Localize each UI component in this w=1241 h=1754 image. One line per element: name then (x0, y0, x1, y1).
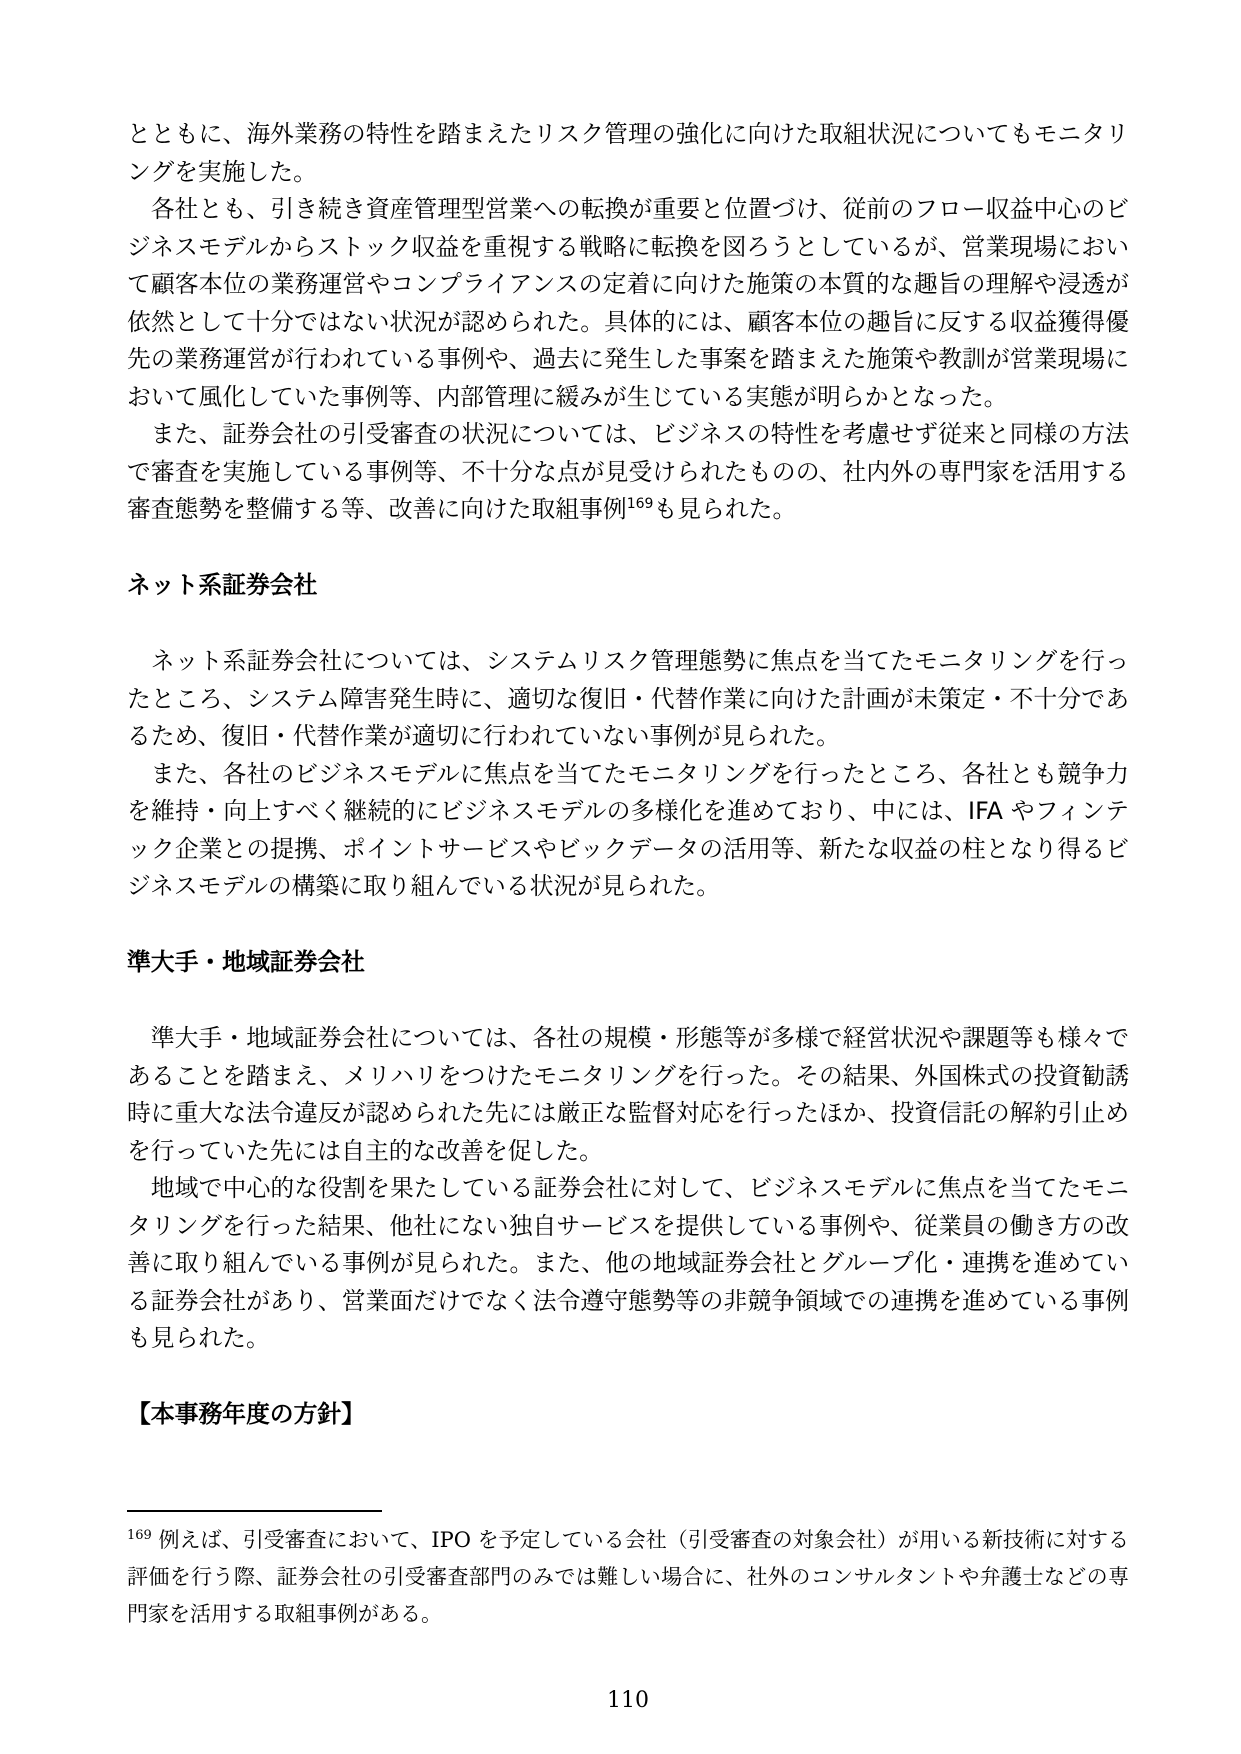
paragraph-underwriting-review: また、証券会社の引受審査の状況については、ビジネスの特性を考慮せず従来と同様の方… (127, 416, 1129, 529)
main-text-block: とともに、海外業務の特性を踏まえたリスク管理の強化に向けた取組状況についてもモニ… (127, 116, 1129, 1472)
footnote-reference-169: 169 (627, 496, 654, 512)
heading-current-year-policy: 【本事務年度の方針】 (127, 1396, 1129, 1434)
paragraph-regional-cooperation: 地域で中心的な役割を果たしている証券会社に対して、ビジネスモデルに焦点を当てたモ… (127, 1170, 1129, 1358)
footnote-text: 例えば、引受審査において、IPO を予定している会社（引受審査の対象会社）が用い… (127, 1528, 1129, 1626)
page-number: 110 (127, 1686, 1129, 1716)
footnote-marker: 169 (127, 1528, 152, 1543)
footnote-area: 169 例えば、引受審査において、IPO を予定している会社（引受審査の対象会社… (127, 1510, 1129, 1633)
paragraph-asset-management-shift: 各社とも、引き続き資産管理型営業への転換が重要と位置づけ、従前のフロー収益中心の… (127, 191, 1129, 416)
footnote-169: 169 例えば、引受審査において、IPO を予定している会社（引受審査の対象会社… (127, 1522, 1129, 1633)
paragraph-regional-monitoring: 準大手・地域証券会社については、各社の規模・形態等が多様で経営状況や課題等も様々… (127, 1020, 1129, 1170)
paragraph-underwriting-review-tail: も見られた。 (653, 495, 796, 523)
paragraph-overseas-risk-monitoring: とともに、海外業務の特性を踏まえたリスク管理の強化に向けた取組状況についてもモニ… (127, 116, 1129, 191)
paragraph-business-model-diversification: また、各社のビジネスモデルに焦点を当てたモニタリングを行ったところ、各社とも競争… (127, 756, 1129, 906)
heading-net-securities: ネット系証券会社 (127, 567, 1129, 605)
heading-semi-major-regional: 準大手・地域証券会社 (127, 944, 1129, 982)
document-page: とともに、海外業務の特性を踏まえたリスク管理の強化に向けた取組状況についてもモニ… (0, 0, 1241, 1754)
footnote-separator-rule (127, 1510, 382, 1512)
paragraph-system-risk: ネット系証券会社については、システムリスク管理態勢に焦点を当てたモニタリングを行… (127, 643, 1129, 756)
